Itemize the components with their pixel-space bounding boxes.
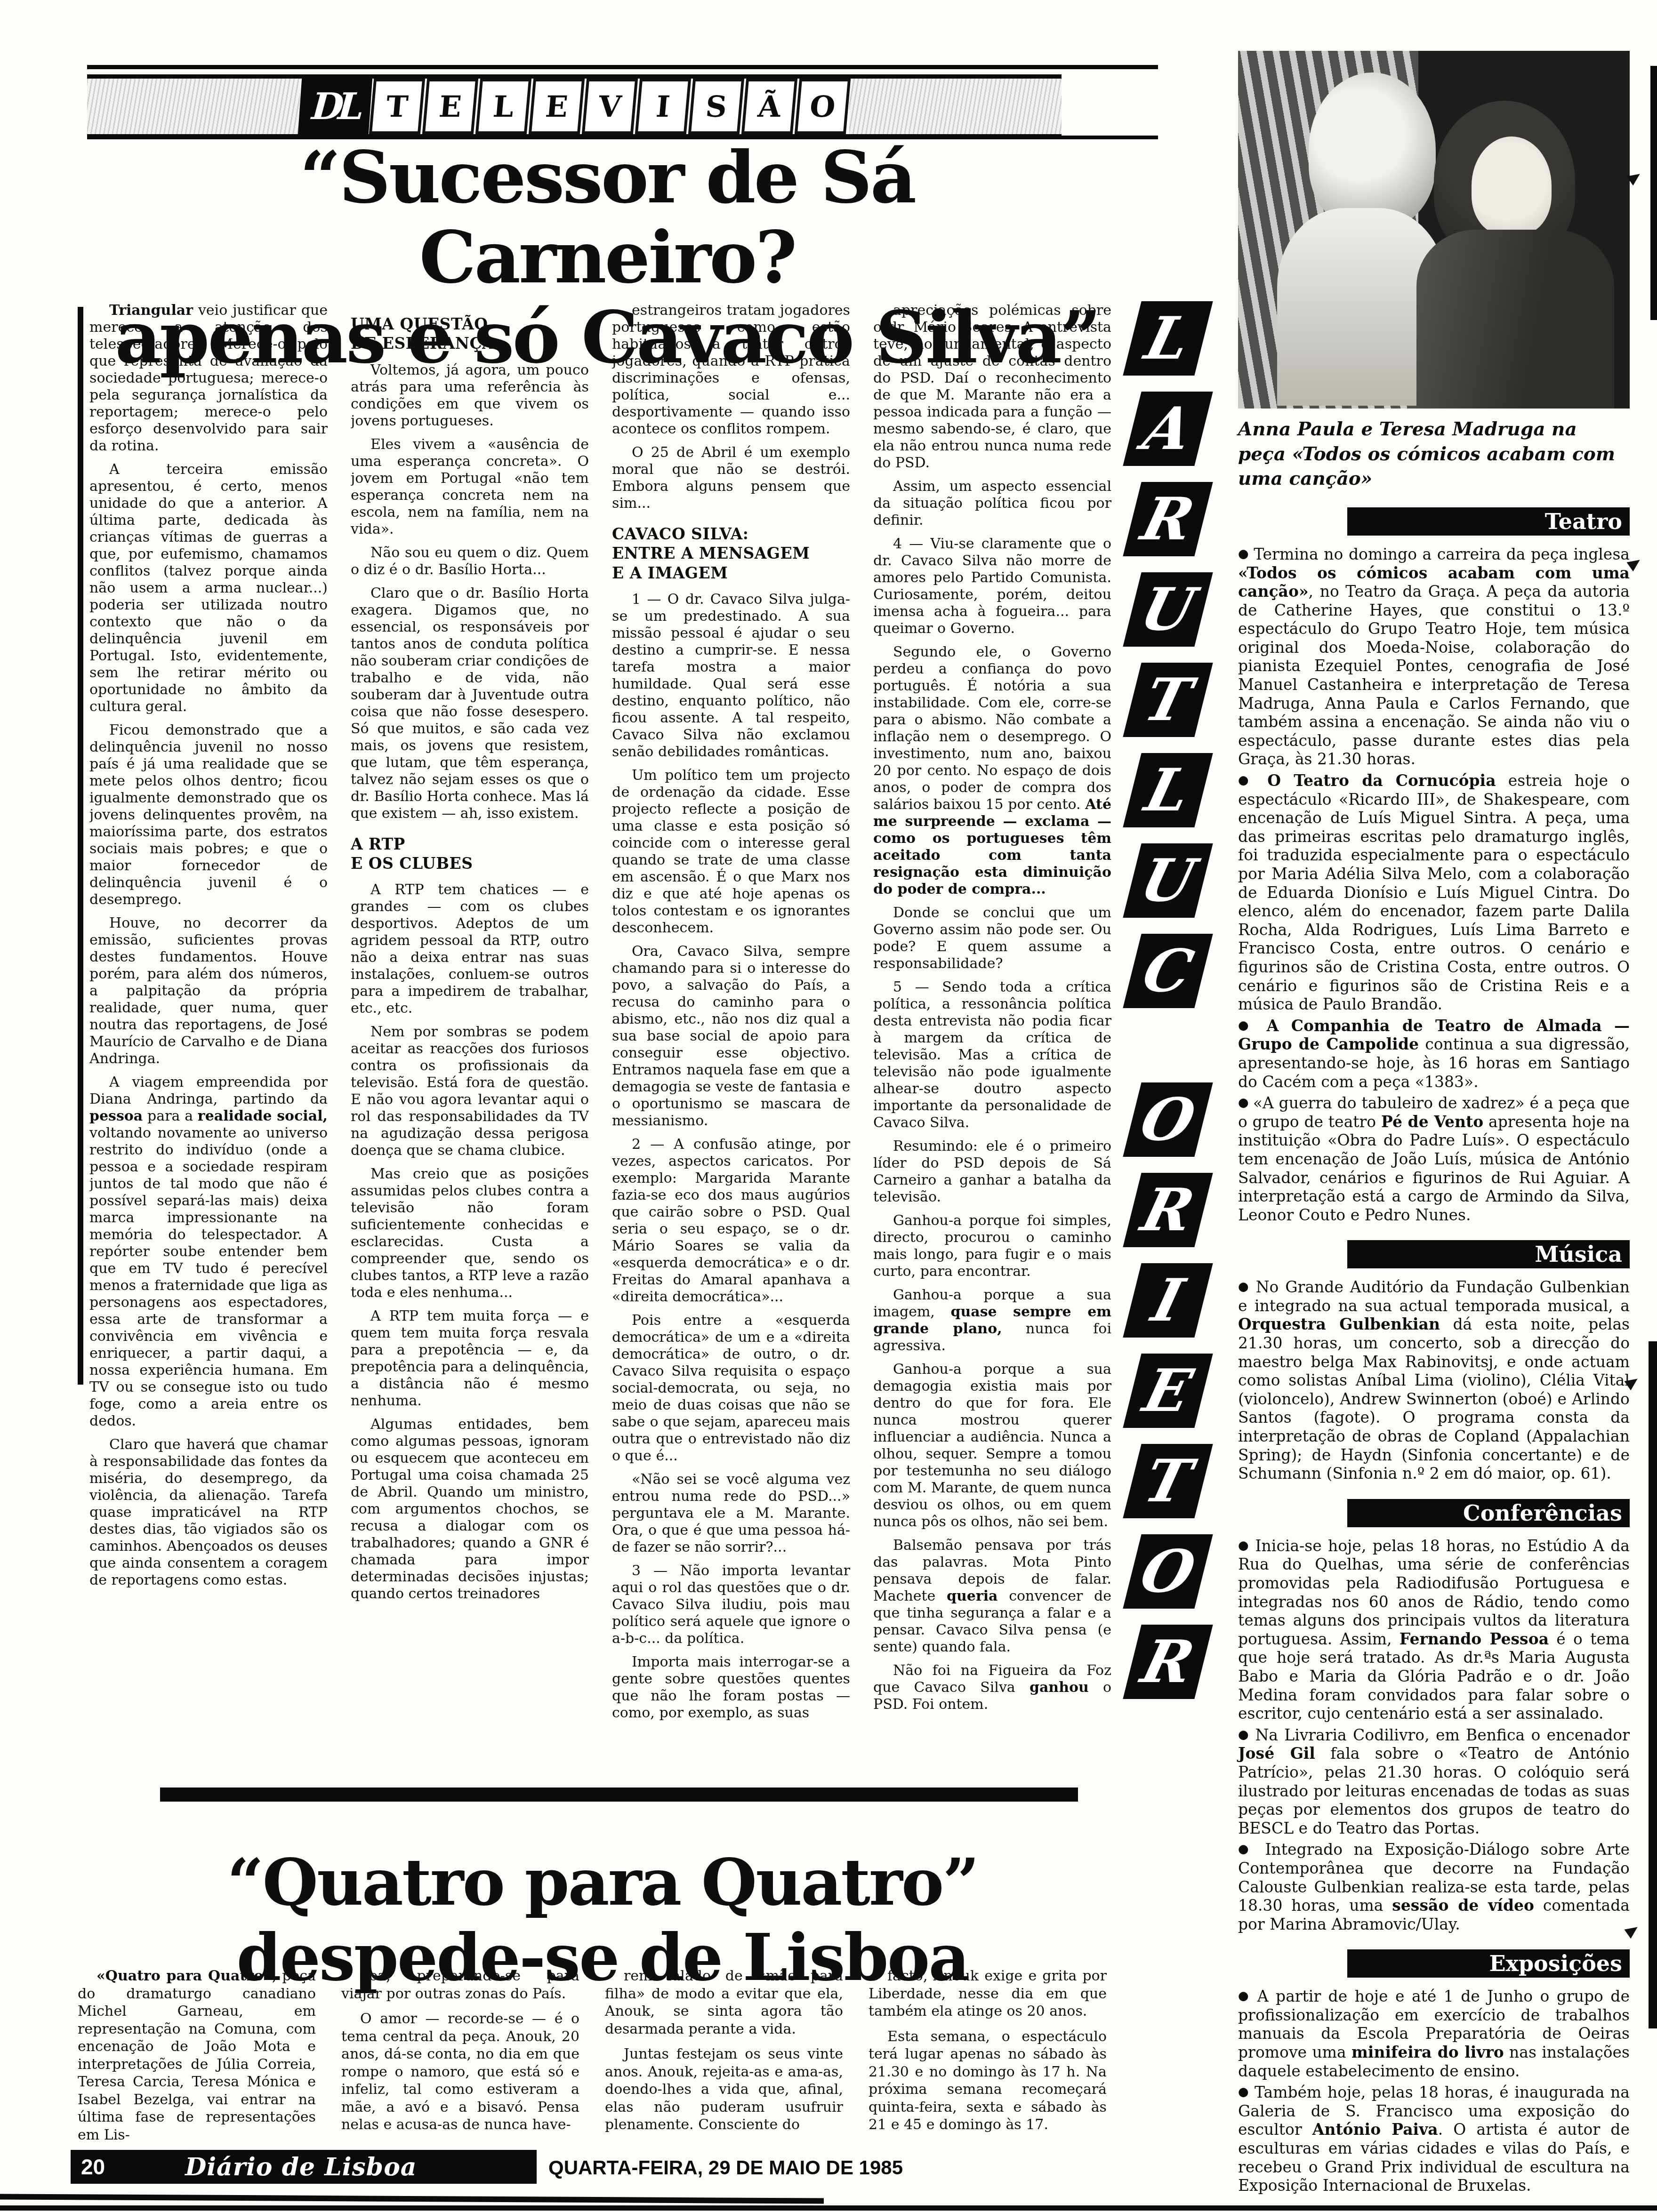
paragraph: Donde se conclui que um Governo assim nã… — [873, 905, 1111, 972]
scan-edge-right-top — [1650, 66, 1657, 320]
paragraph: Voltemos, já agora, um pouco atrás para … — [351, 362, 589, 430]
letter: O — [1123, 1534, 1213, 1609]
section-body-conferencias: Inicia-se hoje, pelas 18 horas, no Estúd… — [1238, 1537, 1630, 1933]
subheading: A RTPE OS CLUBES — [351, 834, 589, 874]
letter: O — [794, 79, 850, 134]
paragraph: Nem por sombras se podem aceitar as reac… — [351, 1024, 589, 1159]
paragraph: Ganhou-a porque foi simples, directo, pr… — [873, 1212, 1111, 1280]
photo-figure-left — [1309, 72, 1436, 228]
letter: L — [1123, 753, 1213, 827]
article-column-1: Triangular veio justificar que merece a … — [89, 302, 328, 1785]
paragraph: Claro que o dr. Basílio Horta exagera. D… — [351, 585, 589, 822]
article-column-2: UMA QUESTÃODE ESPERANÇAVoltemos, já agor… — [351, 302, 589, 1785]
letter: T — [1123, 1444, 1213, 1518]
letter: R — [1123, 1625, 1213, 1699]
second-article-column-4: facto, Anouk exige e grita por Liberdade… — [869, 1967, 1107, 2188]
subheading: UMA QUESTÃODE ESPERANÇA — [351, 314, 589, 353]
letter: L — [1123, 301, 1213, 376]
paragraph: «Não sei se você alguma vez entrou numa … — [612, 1471, 850, 1556]
spine-roteiro: ORIETOR — [1132, 1082, 1212, 1699]
paragraph: Resumindo: ele é o primeiro líder do PSD… — [873, 1138, 1111, 1206]
section-header-conferencias: Conferências — [1347, 1499, 1630, 1527]
section-body-exposicoes: A partir de hoje e até 1 de Junho o grup… — [1238, 1987, 1630, 2195]
paragraph: facto, Anouk exige e grita por Liberdade… — [869, 1967, 1107, 2020]
letter: L — [475, 79, 531, 134]
photo-figure-right-face — [1472, 136, 1552, 235]
sidebar-item: Termina no domingo a carreira da peça in… — [1238, 545, 1630, 769]
second-article-column-3: rem falado de «mãe para filha» de modo a… — [605, 1967, 843, 2188]
scan-edge-right-bottom — [1649, 1341, 1657, 2028]
paragraph: boa, preparando-se para viajar por outra… — [341, 1967, 579, 2003]
paragraph: Mas creio que as posições assumidas pelo… — [351, 1166, 589, 1301]
footer-bar: 20 Diário de Lisboa — [71, 2150, 537, 2184]
sidebar-item: Integrado na Exposição-Diálogo sobre Art… — [1238, 1840, 1630, 1933]
newspaper-page: DL TELEVISÃO “Sucessor de Sá Carneiro? a… — [0, 0, 1657, 2212]
paragraph: Ficou demonstrado que a delinquência juv… — [89, 722, 328, 908]
paragraph: Assim, um aspecto essencial da situação … — [873, 478, 1111, 529]
letter: T — [1123, 663, 1213, 737]
letter: E — [528, 79, 584, 134]
letter: U — [1123, 572, 1213, 647]
sidebar-item: Na Livraria Codilivro, em Benfica o ence… — [1238, 1726, 1630, 1838]
letter: C — [1123, 934, 1213, 1008]
paper-name: Diário de Lisboa — [185, 2153, 417, 2181]
section-header-musica: Música — [1347, 1240, 1630, 1268]
cultural-sidebar: Anna Paula e Teresa Madruga na peça «Tod… — [1238, 51, 1630, 2198]
paragraph: A viagem empreendida por Diana Andringa,… — [89, 1074, 328, 1430]
paragraph: O amor — recorde-se — é o tema central d… — [341, 2010, 579, 2134]
scan-bottom-line-1 — [0, 2194, 824, 2204]
letter: R — [1123, 482, 1213, 556]
letter: Ã — [741, 79, 797, 134]
letter: V — [581, 79, 637, 134]
article-divider-bar — [160, 1787, 1078, 1802]
sidebar-item: O Teatro da Cornucópia estreia hoje o es… — [1238, 771, 1630, 1014]
section-band: DL TELEVISÃO — [87, 74, 1062, 138]
sidebar-item: A partir de hoje e até 1 de Junho o grup… — [1238, 1987, 1630, 2080]
paragraph: Ganhou-a porque a sua demagogia existia … — [873, 1361, 1111, 1531]
paragraph: 4 — Viu-se claramente que o dr. Cavaco S… — [873, 536, 1111, 637]
letter: A — [1123, 392, 1213, 466]
sidebar-item: No Grande Auditório da Fundação Gulbenki… — [1238, 1278, 1630, 1483]
theatre-photo — [1238, 51, 1630, 409]
paragraph: 5 — Sendo toda a crítica política, a res… — [873, 979, 1111, 1131]
paragraph: Esta semana, o espectáculo terá lugar ap… — [869, 2028, 1107, 2134]
paragraph: Importa mais interrogar-se a gente sobre… — [612, 1654, 850, 1722]
paragraph: Segundo ele, o Governo perdeu a confianç… — [873, 644, 1111, 898]
section-body-musica: No Grande Auditório da Fundação Gulbenki… — [1238, 1278, 1630, 1483]
article-column-3: estrangeiros tratam jogadores portuguese… — [612, 302, 850, 1785]
sidebar-item: Inicia-se hoje, pelas 18 horas, no Estúd… — [1238, 1537, 1630, 1723]
page-number: 20 — [81, 2154, 105, 2180]
section-header-teatro: Teatro — [1347, 507, 1630, 536]
paragraph: Um político tem um projecto de ordenação… — [612, 767, 850, 937]
letter: T — [369, 79, 425, 134]
letter: E — [1123, 1354, 1213, 1428]
band-hatch-right — [849, 79, 1062, 134]
section-label-televisao: TELEVISÃO — [370, 79, 849, 134]
letter: O — [1123, 1082, 1213, 1157]
photo-figure-right-body — [1416, 230, 1614, 409]
paragraph: Não sou eu quem o diz. Quem o diz é o dr… — [351, 545, 589, 578]
paragraph: Não foi na Figueira da Foz que Cavaco Si… — [873, 1662, 1111, 1713]
letter: E — [422, 79, 478, 134]
paragraph: A RTP tem muita força — e quem tem muita… — [351, 1308, 589, 1410]
paragraph: apreciações polémicas sobre o dr. Mário … — [873, 302, 1111, 472]
paragraph: Houve, no decorrer da emissão, suficient… — [89, 915, 328, 1067]
paragraph: Balsemão pensava por trás das palavras. … — [873, 1537, 1111, 1656]
paragraph: A RTP tem chatices — e grandes — com os … — [351, 882, 589, 1017]
letter: I — [1123, 1263, 1213, 1338]
subheading: CAVACO SILVA:ENTRE A MENSAGEME A IMAGEM — [612, 524, 850, 583]
paragraph: O 25 de Abril é um exemplo moral que não… — [612, 444, 850, 512]
paragraph: rem falado de «mãe para filha» de modo a… — [605, 1967, 843, 2038]
paragraph: Triangular veio justificar que merece a … — [89, 302, 328, 455]
paragraph: Pois entre a «esquerda democrática» de u… — [612, 1312, 850, 1465]
section-body-teatro: Termina no domingo a carreira da peça in… — [1238, 545, 1630, 1224]
column-rule — [78, 307, 83, 1385]
paragraph: Algumas entidades, bem como algumas pess… — [351, 1416, 589, 1603]
sidebar-item: Também hoje, pelas 18 horas, é inaugurad… — [1238, 2083, 1630, 2195]
band-hatch-left — [87, 79, 300, 134]
paragraph: 3 — Não importa levantar aqui o rol das … — [612, 1563, 850, 1647]
paragraph: 2 — A confusão atinge, por vezes, aspect… — [612, 1136, 850, 1306]
spine-cultural: LARUTLUC — [1132, 301, 1212, 1008]
lead-headline-line1: “Sucessor de Sá Carneiro? — [108, 137, 1106, 297]
letter: S — [688, 79, 744, 134]
paragraph: Juntas festejam os seus vinte anos. Anou… — [605, 2045, 843, 2134]
paragraph: A terceira emissão apresentou, é certo, … — [89, 461, 328, 715]
letter: U — [1123, 843, 1213, 918]
photo-caption: Anna Paula e Teresa Madruga na peça «Tod… — [1238, 417, 1630, 491]
letter: I — [635, 79, 691, 134]
paragraph: «Quatro para Quatro», peça do dramaturgo… — [78, 1967, 316, 2144]
paragraph: Ora, Cavaco Silva, sempre chamando para … — [612, 943, 850, 1130]
paragraph: estrangeiros tratam jogadores portuguese… — [612, 302, 850, 438]
sidebar-item: A Companhia de Teatro de Almada — Grupo … — [1238, 1017, 1630, 1091]
dl-logo: DL — [298, 79, 372, 134]
sidebar-item: «A guerra do tabuleiro de xadrez» é a pe… — [1238, 1094, 1630, 1224]
letter: R — [1123, 1173, 1213, 1247]
paragraph: Claro que haverá que chamar à responsabi… — [89, 1436, 328, 1589]
scan-bottom-line-2 — [0, 2205, 1657, 2211]
footer-date: QUARTA-FEIRA, 29 DE MAIO DE 1985 — [548, 2156, 903, 2179]
article-column-4: apreciações polémicas sobre o dr. Mário … — [873, 302, 1111, 1785]
top-rule — [87, 65, 1158, 69]
paragraph: Eles vivem a «ausência de uma esperança … — [351, 436, 589, 538]
section-header-exposicoes: Exposições — [1347, 1949, 1630, 1978]
paragraph: Ganhou-a porque a sua imagem, quase semp… — [873, 1287, 1111, 1354]
paragraph: 1 — O dr. Cavaco Silva julga-se um prede… — [612, 591, 850, 761]
